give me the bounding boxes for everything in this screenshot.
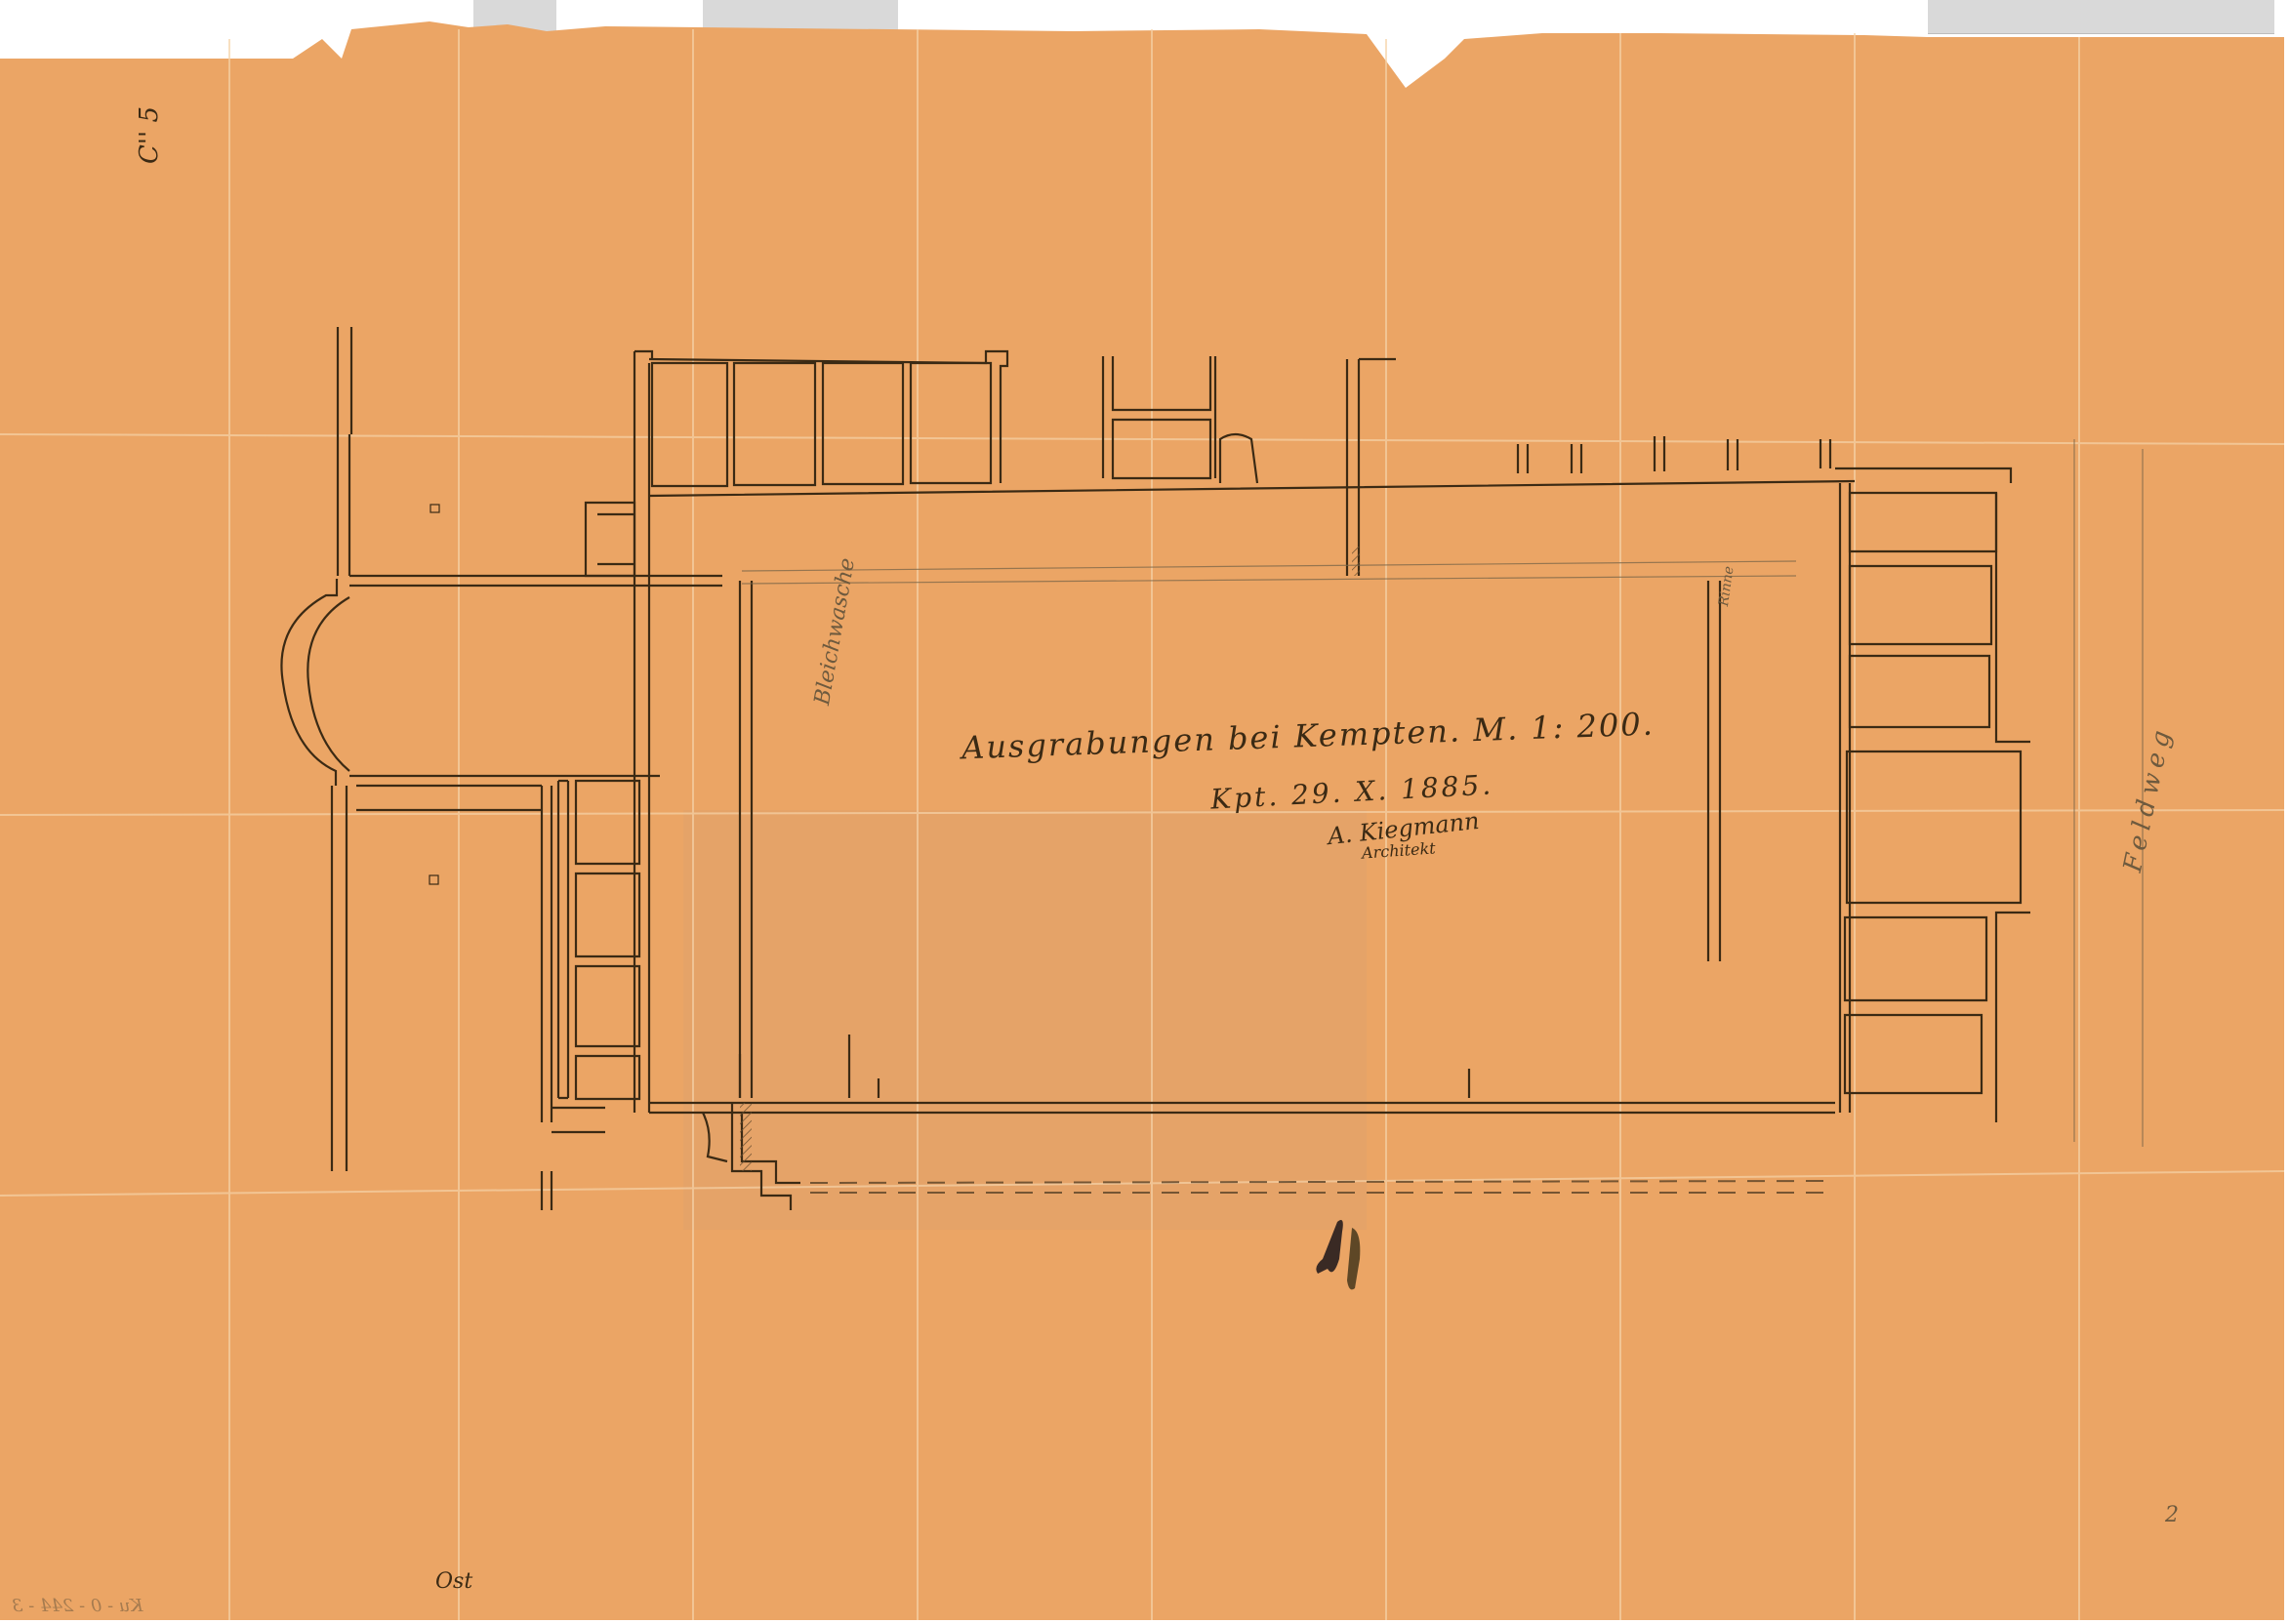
- floor-plan-drawing: [0, 0, 2290, 1624]
- corner-catalog-mark: C'' 5: [135, 106, 164, 164]
- page-number: 2: [2165, 1503, 2179, 1527]
- archive-note: Ku - 0 - 244 - 3: [12, 1596, 143, 1616]
- orientation-label: Ost: [435, 1569, 472, 1594]
- paper-sheet: Ausgrabungen bei Kempten. M. 1: 200. Kpt…: [0, 0, 2290, 1620]
